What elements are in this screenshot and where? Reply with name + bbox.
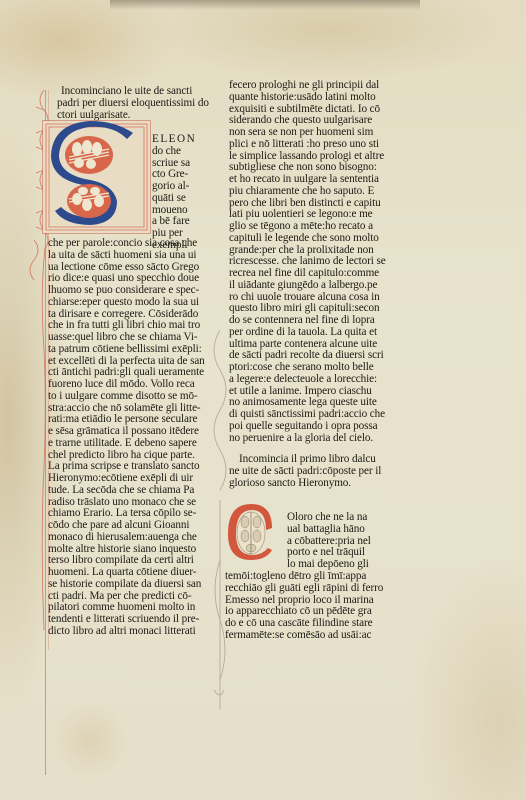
text-line: quāti se [152, 193, 196, 205]
initial-q-icon [222, 500, 280, 564]
text-beside-initial-q: Oloro che ne la na ual battaglia hāno a … [287, 512, 371, 571]
text-line: tendenti e litterati scriuendo il pre- [48, 614, 205, 626]
manuscript-page: Incominciano le uite de sancti padri per… [0, 0, 526, 800]
text-line: ptori:cose che serano molto belle [229, 362, 424, 374]
text-line: chiarse:eper questo modo la sua ui [48, 297, 205, 309]
text-line: poi quelle seguitando i opra possa [229, 421, 424, 433]
text-line: la uita de sācti huomeni sia una ui [48, 250, 205, 262]
text-line: monaco di hierusalem:auenga che [48, 532, 205, 544]
text-beside-initial-s: ELEON do che scriue sa cto Gre- gorio al… [152, 134, 196, 252]
text-line: e sēsa grāmatica il possano itēdere [48, 426, 205, 438]
right-column-body: fecero prologhi ne gli principii dal qua… [229, 80, 424, 490]
text-line: lhuomo se puo considerare e spec- [48, 285, 205, 297]
text-line: ta patrum cōtiene bellissimi exēpli: [48, 344, 205, 356]
text-line: uasse:quel libro che se chiama Vi- [48, 332, 205, 344]
text-line: quante historie:usādo latini molto [229, 92, 424, 104]
text-line: recchiāo gli guāti egli rāpini di ferro [225, 583, 383, 595]
right-column-body-after-initial: temōi:togleno dētro gli īmī:appa recchiā… [225, 571, 383, 642]
text-line: fermamēte:se comēsāo ad usāi:ac [225, 630, 383, 642]
text-line: cōdo che pare ad alcuni Gioanni [48, 520, 205, 532]
text-line: piu chiaramente che ho saputo. E [229, 186, 424, 198]
heading-line: ne uite de sācti padri:cōposte per il [229, 466, 424, 478]
text-line: e trarne utilitade. E debeno sapere [48, 438, 205, 450]
heading-line: padri per diuersi eloquentissimi do [57, 98, 227, 110]
text-line: et ho recato in uulgare la sententia [229, 174, 424, 186]
text-line: Hieronymo:ecōtiene exēpli di uir [48, 473, 205, 485]
text-line: do e cō una cascāte filindine stare [225, 618, 383, 630]
text-line: lo mai depōeno gli [287, 559, 371, 571]
text-line: to i uulgare comme disotto se mō- [48, 391, 205, 403]
illuminated-initial-s [42, 120, 151, 234]
text-line: recrea nel fine dil capitulo:comme [229, 268, 424, 280]
text-line: do che [152, 146, 196, 158]
text-line: tude. La secōda che se chiama Pa [48, 485, 205, 497]
text-line: dicto libro ad altri monaci litterati [48, 626, 205, 638]
text-line: non sera se non per huomeni sim [229, 127, 424, 139]
text-line: do se contennera nel fine di lopra [229, 315, 424, 327]
text-line: plici e nō litterati :ho preso uno sti [229, 139, 424, 151]
text-line: a legere:e delecteuole a lorecchie: [229, 374, 424, 386]
text-line: huomeni. La quarta cōtiene diuer- [48, 567, 205, 579]
text-line: che per parole:concio sia cosa che [48, 238, 205, 250]
text-line: il uiādante giungēdo a lalbergo.pe [229, 280, 424, 292]
water-stain [110, 0, 420, 10]
text-line: glio se tēgono a mēte:ho recato a [229, 221, 424, 233]
text-line: ual battaglia hāno [287, 524, 371, 536]
text-line: per ordine di la tauola. La quita et [229, 327, 424, 339]
text-line: capituli le legende che sono molto [229, 233, 424, 245]
left-column: Incominciano le uite de sancti padri per… [57, 86, 227, 121]
illuminated-initial-q [222, 500, 280, 564]
text-line: fecero prologhi ne gli principii dal [229, 80, 424, 92]
text-line: se historie compilate da diuersi san [48, 579, 205, 591]
initial-s-icon [43, 121, 150, 233]
text-line: no peruenire a la gloria del cielo. [229, 433, 424, 445]
text-line: ELEON [152, 134, 196, 146]
left-column-body: che per parole:concio sia cosa che la ui… [48, 238, 205, 638]
text-line: di quisti sānctissimi padri:accio che [229, 409, 424, 421]
heading-line: glorioso sancto Hieronymo. [229, 478, 424, 490]
text-line: temōi:togleno dētro gli īmī:appa [225, 571, 383, 583]
text-line: gorio al- [152, 181, 196, 193]
heading-line: Incominciano le uite de sancti [57, 86, 227, 98]
text-line: Oloro che ne la na [287, 512, 371, 524]
text-line: fuoreno luce dil mōdo. Vollo reca [48, 379, 205, 391]
